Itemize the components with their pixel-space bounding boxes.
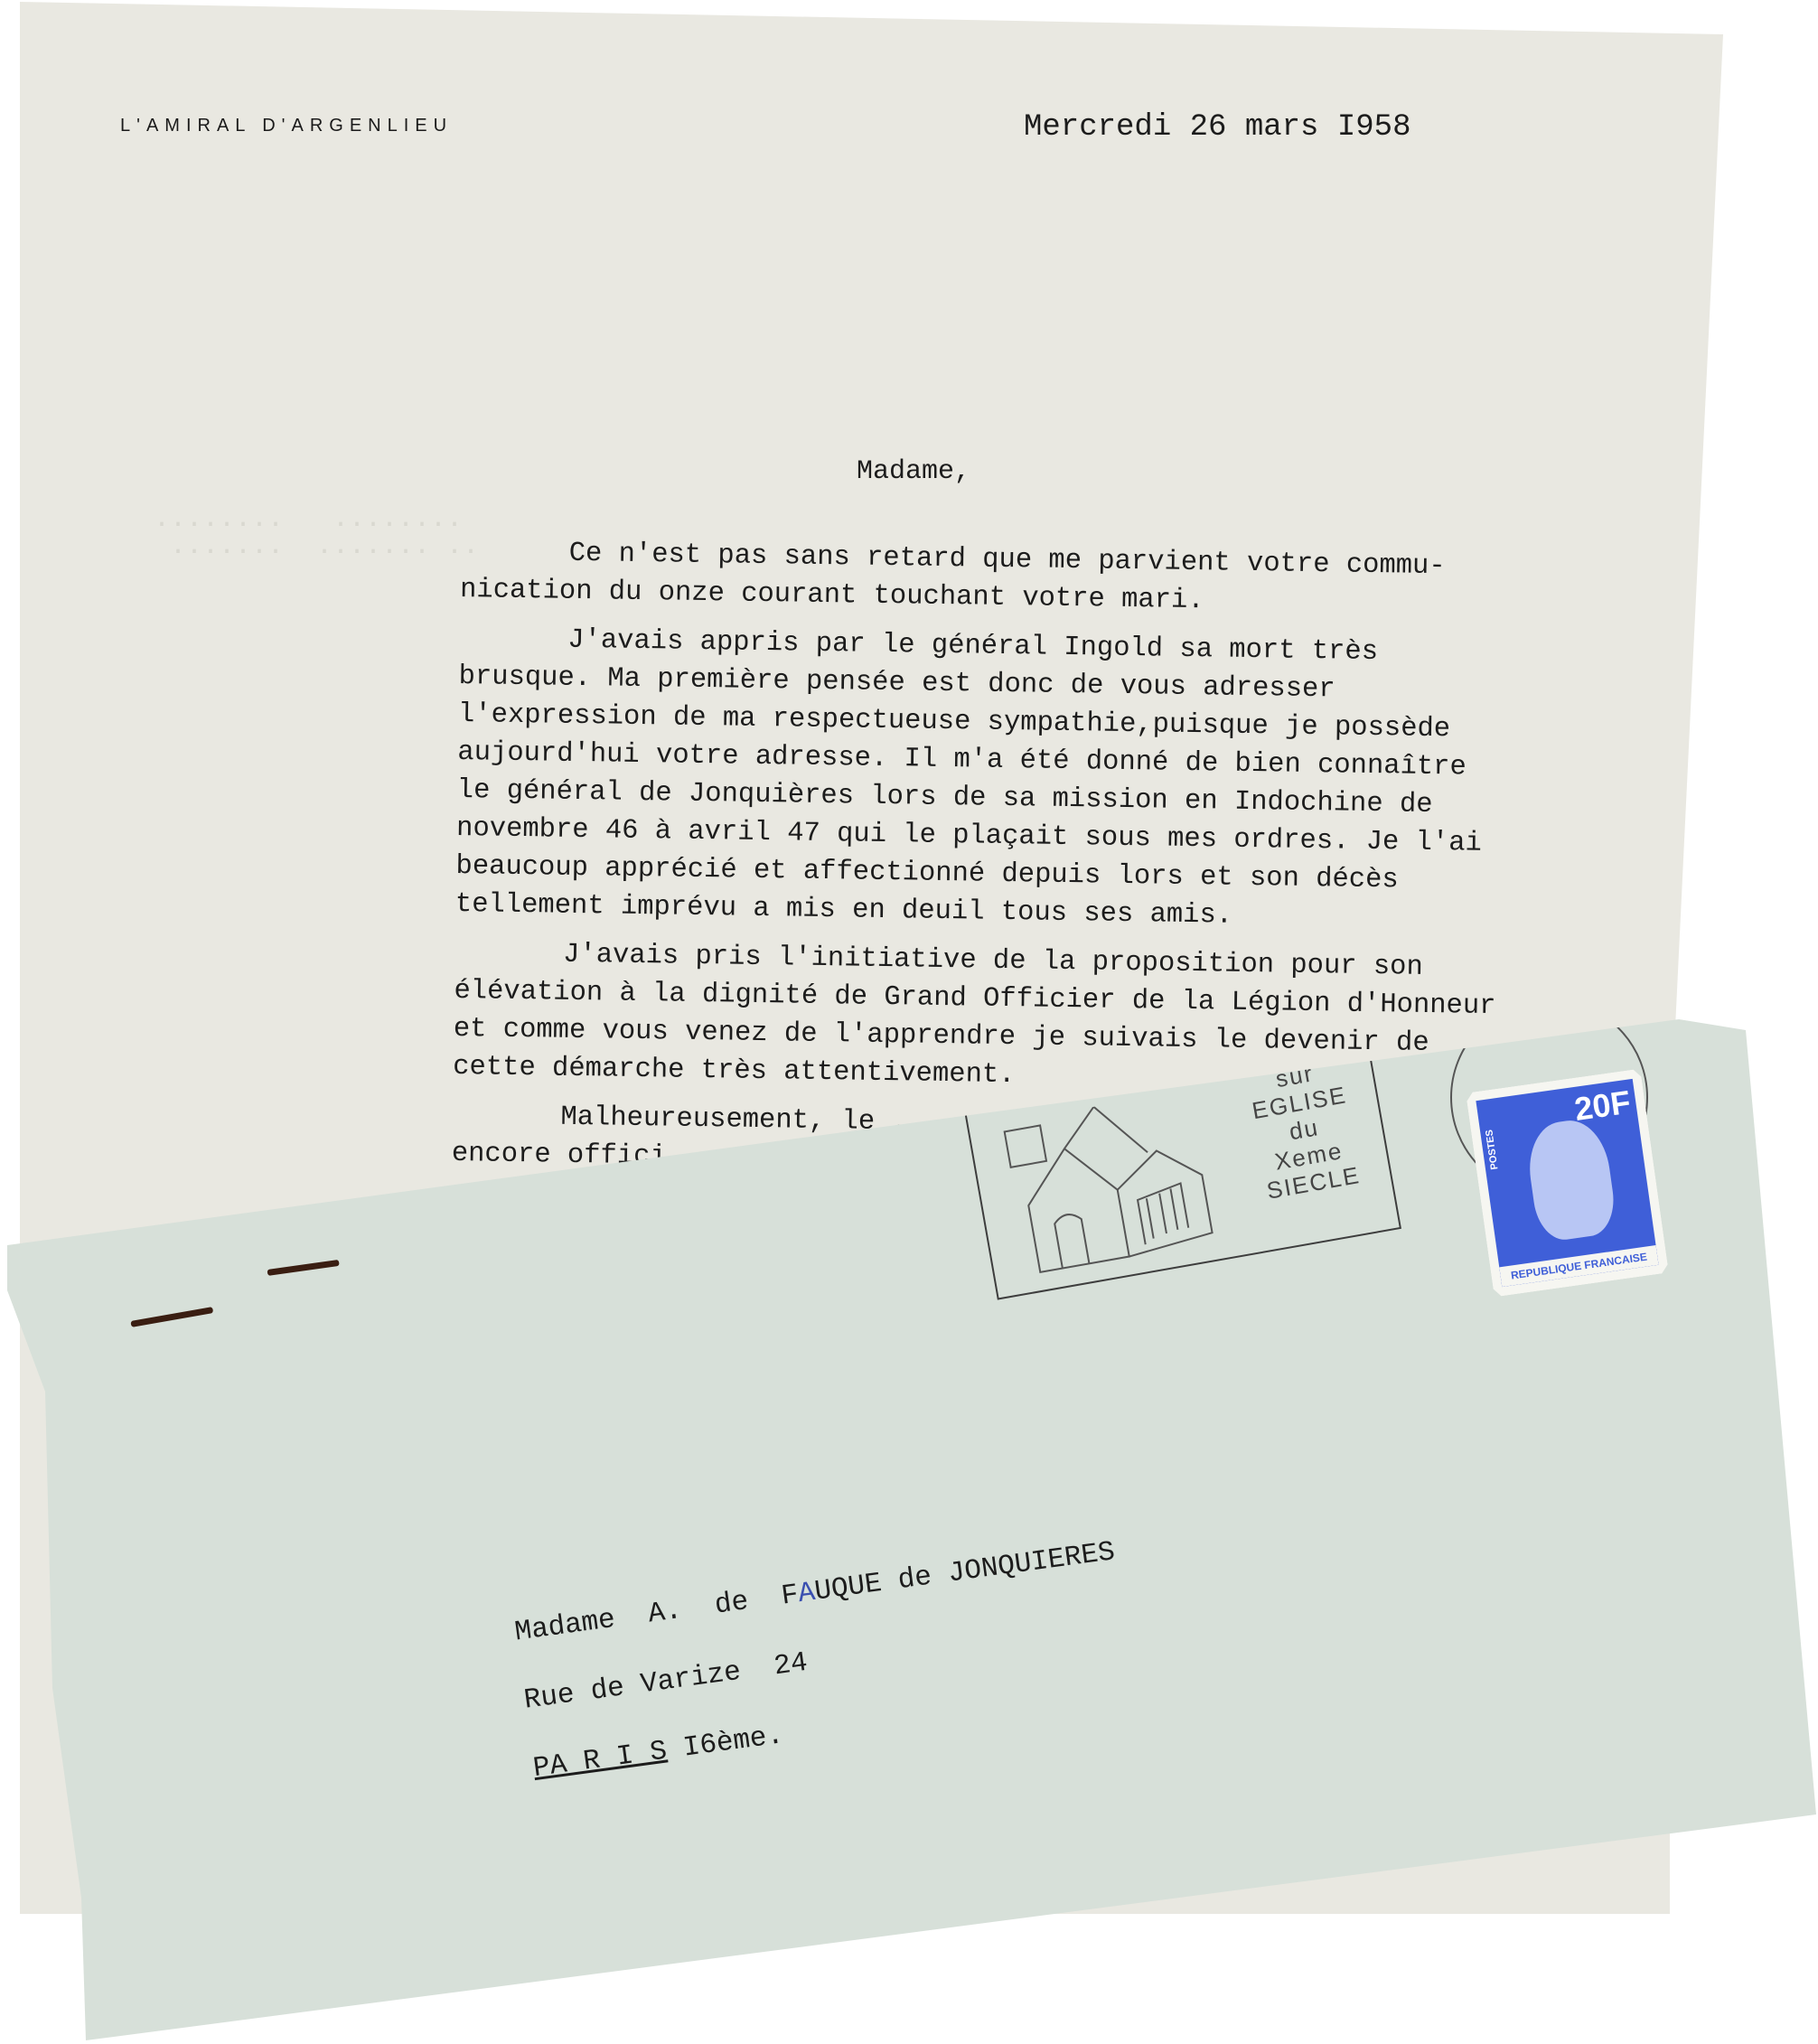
paragraph-1: Ce n'est pas sans retard que me parvient… [460,533,1708,627]
postage-stamp: POSTES 20F REPUBLIQUE FRANCAISE [1466,1069,1669,1298]
district: I6ème. [665,1720,786,1767]
bleed-through-text: ........ ........ .. ....... ....... [154,506,495,560]
recipient-address: Madame A. de FAUQUE de JONQUIERES Rue de… [511,1518,1138,1804]
letterhead: L'AMIRAL D'ARGENLIEU [120,116,453,136]
church-illustration-icon [996,1088,1229,1284]
stamp-side-label: POSTES [1484,1129,1500,1170]
staple-icon [267,1260,340,1276]
stamp-image: POSTES 20F REPUBLIQUE FRANCAISE [1476,1079,1658,1287]
stamp-value: 20F [1572,1083,1633,1129]
stamp-country: REPUBLIQUE FRANCAISE [1499,1245,1658,1287]
salutation: Madame, [857,456,970,487]
letter-date: Mercredi 26 mars I958 [1024,110,1410,145]
paragraph-2: J'avais appris par le général Ingold sa … [455,620,1707,942]
marianne-portrait-icon [1523,1116,1618,1243]
city: PA R I S [531,1736,669,1786]
staple-icon [130,1307,213,1327]
